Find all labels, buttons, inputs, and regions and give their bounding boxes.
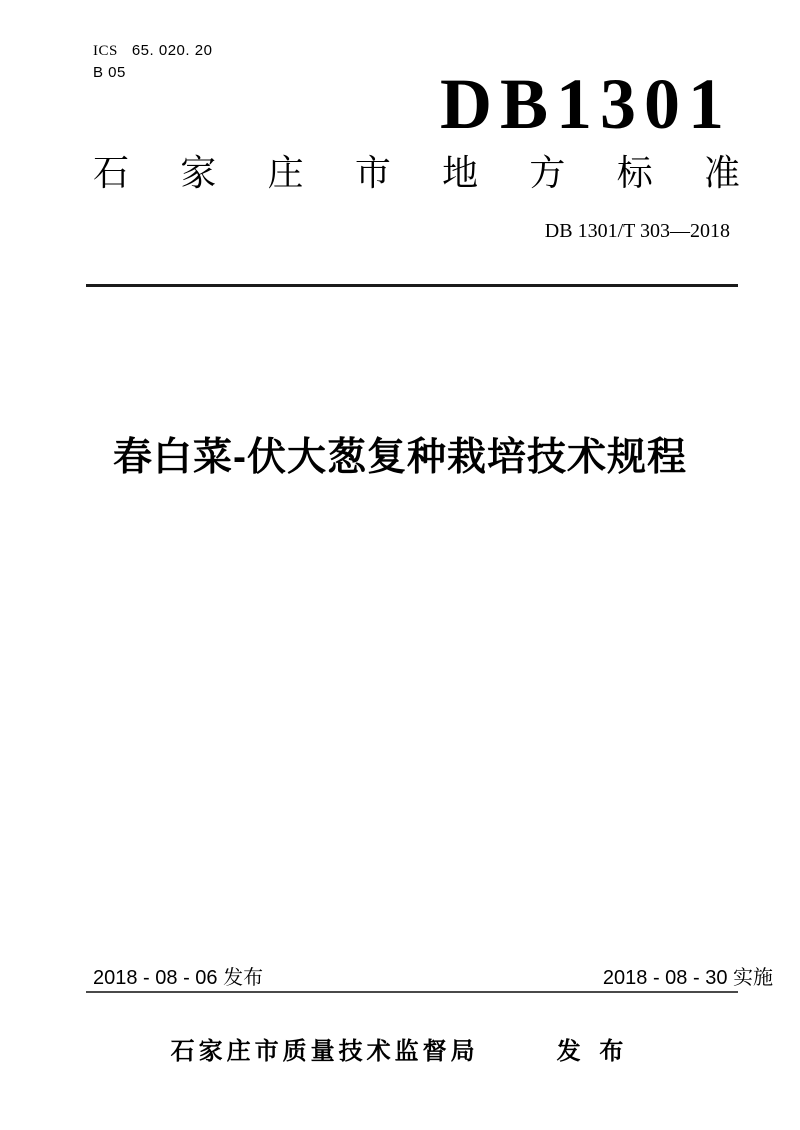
standard-name-char: 石 bbox=[93, 153, 129, 193]
standard-name-char: 家 bbox=[180, 153, 216, 193]
top-divider bbox=[86, 284, 738, 287]
standard-name-char: 地 bbox=[442, 153, 478, 193]
standard-name-char: 准 bbox=[704, 153, 740, 193]
standard-logo: DB1301 bbox=[440, 68, 732, 140]
standard-name-char: 方 bbox=[529, 153, 565, 193]
implement-date: 2018 - 08 - 30 实施 bbox=[603, 961, 773, 990]
standard-name-char: 庄 bbox=[268, 153, 304, 193]
dates-row: 2018 - 08 - 06 发布 2018 - 08 - 30 实施 bbox=[93, 961, 773, 990]
doc-title: 春白菜-伏大葱复种栽培技术规程 bbox=[0, 426, 800, 482]
ics-block: ICS65. 020. 20 B 05 bbox=[93, 40, 212, 83]
ics-value: 65. 020. 20 bbox=[132, 42, 213, 59]
doc-number: DB 1301/T 303—2018 bbox=[545, 220, 730, 243]
standard-name-char: 市 bbox=[355, 153, 391, 193]
standard-cover-page: ICS65. 020. 20 B 05 DB1301 石家庄市地方标准 DB 1… bbox=[0, 0, 800, 1130]
ics-line: ICS65. 020. 20 bbox=[93, 40, 212, 62]
publish-label: 发 布 bbox=[557, 1031, 630, 1066]
publisher-name: 石家庄市质量技术监督局 bbox=[171, 1031, 479, 1066]
standard-name: 石家庄市地方标准 bbox=[93, 153, 740, 193]
bottom-divider bbox=[86, 991, 738, 993]
issue-date: 2018 - 08 - 06 发布 bbox=[93, 961, 263, 990]
standard-name-char: 标 bbox=[617, 153, 653, 193]
ics-label: ICS bbox=[93, 43, 118, 59]
class-code: B 05 bbox=[93, 62, 212, 83]
publisher-row: 石家庄市质量技术监督局 发 布 bbox=[0, 1031, 800, 1066]
